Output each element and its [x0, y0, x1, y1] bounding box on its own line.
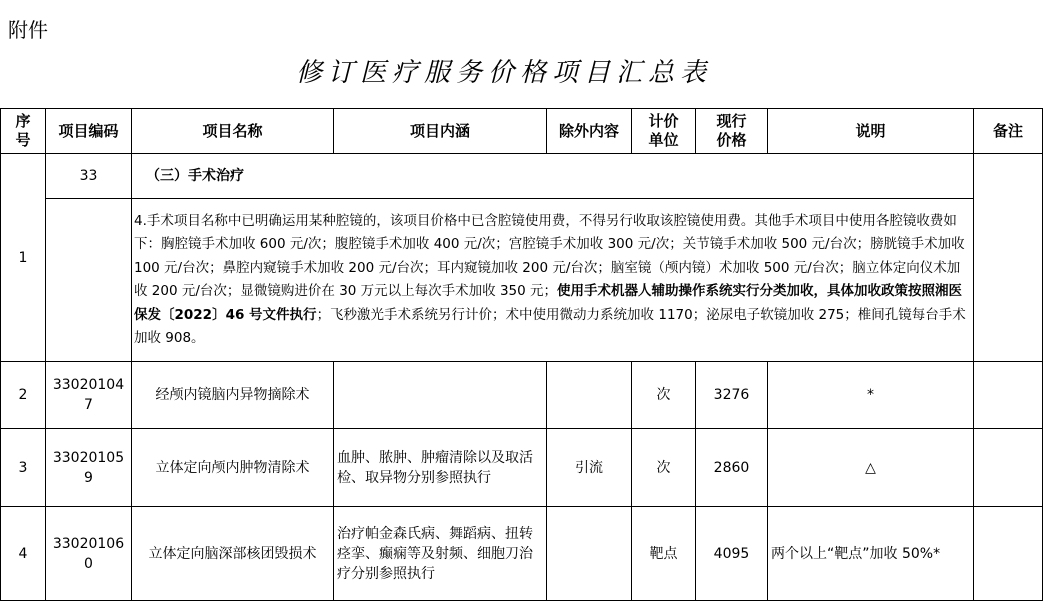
row-price: 3276	[696, 362, 768, 429]
row-desc: 两个以上“靶点”加收 50%*	[768, 507, 974, 601]
section-row: 1 33 （三）手术治疗	[1, 154, 1043, 199]
row-unit: 次	[632, 362, 696, 429]
row-exclusion: 引流	[547, 429, 632, 507]
col-header-seq: 序 号	[1, 109, 46, 154]
row-unit: 次	[632, 429, 696, 507]
row-code: 330201047	[46, 362, 132, 429]
row-name: 立体定向脑深部核团毁损术	[132, 507, 334, 601]
row-unit: 靶点	[632, 507, 696, 601]
row-desc: △	[768, 429, 974, 507]
row-remark	[974, 362, 1043, 429]
col-header-unit: 计价 单位	[632, 109, 696, 154]
section-note-row: 4.手术项目名称中已明确运用某种腔镜的，该项目价格中已含腔镜使用费，不得另行收取…	[1, 199, 1043, 362]
row-remark	[974, 429, 1043, 507]
col-header-desc: 说明	[768, 109, 974, 154]
row-name: 立体定向颅内肿物清除术	[132, 429, 334, 507]
section-seq: 1	[1, 154, 46, 362]
section-title: （三）手术治疗	[132, 154, 974, 199]
row-name: 经颅内镜脑内异物摘除术	[132, 362, 334, 429]
row-seq: 2	[1, 362, 46, 429]
attachment-label: 附件	[8, 14, 48, 43]
row-remark	[974, 507, 1043, 601]
row-exclusion	[547, 362, 632, 429]
row-desc: *	[768, 362, 974, 429]
col-header-code: 项目编码	[46, 109, 132, 154]
col-header-remark: 备注	[974, 109, 1043, 154]
col-header-content: 项目内涵	[334, 109, 547, 154]
section-note-code	[46, 199, 132, 362]
row-content: 血肿、脓肿、肿瘤清除以及取活检、取异物分别参照执行	[334, 429, 547, 507]
section-note: 4.手术项目名称中已明确运用某种腔镜的，该项目价格中已含腔镜使用费，不得另行收取…	[132, 199, 974, 362]
row-exclusion	[547, 507, 632, 601]
section-remark	[974, 154, 1043, 362]
header-row: 序 号 项目编码 项目名称 项目内涵 除外内容 计价 单位 现行 价格 说明 备…	[1, 109, 1043, 154]
row-code: 330201060	[46, 507, 132, 601]
row-seq: 3	[1, 429, 46, 507]
table-row: 3 330201059 立体定向颅内肿物清除术 血肿、脓肿、肿瘤清除以及取活检、…	[1, 429, 1043, 507]
row-seq: 4	[1, 507, 46, 601]
row-content: 治疗帕金森氏病、舞蹈病、扭转痉挛、癫痫等及射频、细胞刀治疗分别参照执行	[334, 507, 547, 601]
col-header-exclusion: 除外内容	[547, 109, 632, 154]
document-title: 修订医疗服务价格项目汇总表	[296, 52, 756, 89]
table-row: 4 330201060 立体定向脑深部核团毁损术 治疗帕金森氏病、舞蹈病、扭转痉…	[1, 507, 1043, 601]
price-table: 序 号 项目编码 项目名称 项目内涵 除外内容 计价 单位 现行 价格 说明 备…	[0, 108, 1043, 601]
section-code: 33	[46, 154, 132, 199]
col-header-price: 现行 价格	[696, 109, 768, 154]
row-price: 4095	[696, 507, 768, 601]
row-content	[334, 362, 547, 429]
row-code: 330201059	[46, 429, 132, 507]
table-row: 2 330201047 经颅内镜脑内异物摘除术 次 3276 *	[1, 362, 1043, 429]
row-price: 2860	[696, 429, 768, 507]
col-header-name: 项目名称	[132, 109, 334, 154]
